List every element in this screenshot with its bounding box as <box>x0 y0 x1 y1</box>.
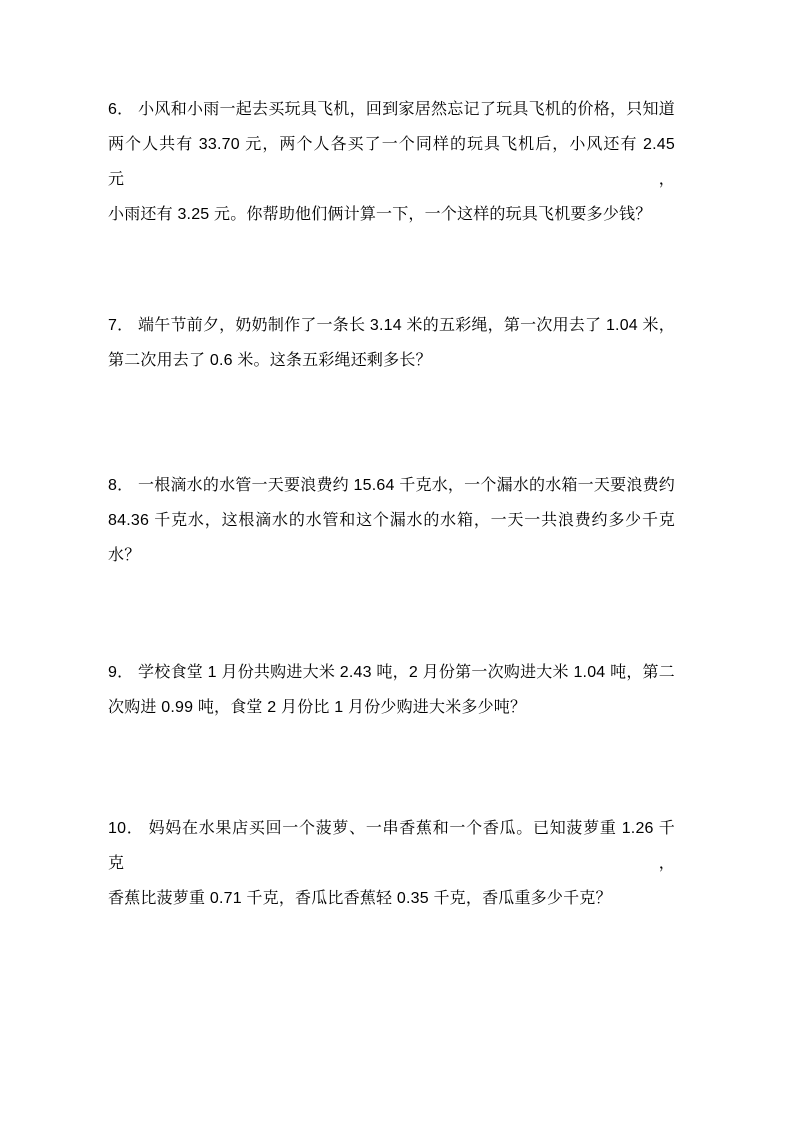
problem-10-line-2: 香蕉比菠萝重 0.71 千克，香瓜比香蕉轻 0.35 千克，香瓜重多少千克？ <box>108 881 675 916</box>
problem-9-line-2: 次购进 0.99 吨，食堂 2 月份比 1 月份少购进大米多少吨？ <box>108 690 675 725</box>
problem-7-line-2: 第二次用去了 0.6 米。这条五彩绳还剩多长？ <box>108 343 675 378</box>
problem-6-line-3: 小雨还有 3.25 元。你帮助他们俩计算一下，一个这样的玩具飞机要多少钱？ <box>108 197 675 232</box>
problem-10-line-1: 10． 妈妈在水果店买回一个菠萝、一串香蕉和一个香瓜。已知菠萝重 1.26 千克… <box>108 811 675 881</box>
problem-10: 10． 妈妈在水果店买回一个菠萝、一串香蕉和一个香瓜。已知菠萝重 1.26 千克… <box>108 811 675 916</box>
problem-7-line-1: 7． 端午节前夕，奶奶制作了一条长 3.14 米的五彩绳，第一次用去了 1.04… <box>108 308 675 343</box>
problem-6-line-2: 两个人共有 33.70 元，两个人各买了一个同样的玩具飞机后，小风还有 2.45… <box>108 127 675 197</box>
problem-8-line-2: 84.36 千克水，这根滴水的水管和这个漏水的水箱，一天一共浪费约多少千克 <box>108 503 675 538</box>
problem-9-line-1: 9． 学校食堂 1 月份共购进大米 2.43 吨，2 月份第一次购进大米 1.0… <box>108 655 675 690</box>
problem-7: 7． 端午节前夕，奶奶制作了一条长 3.14 米的五彩绳，第一次用去了 1.04… <box>108 308 675 378</box>
problem-6: 6． 小风和小雨一起去买玩具飞机，回到家居然忘记了玩具飞机的价格，只知道 两个人… <box>108 92 675 232</box>
problem-8: 8． 一根滴水的水管一天要浪费约 15.64 千克水，一个漏水的水箱一天要浪费约… <box>108 468 675 573</box>
problem-9: 9． 学校食堂 1 月份共购进大米 2.43 吨，2 月份第一次购进大米 1.0… <box>108 655 675 725</box>
problem-8-line-3: 水？ <box>108 538 675 573</box>
worksheet-page: 6． 小风和小雨一起去买玩具飞机，回到家居然忘记了玩具飞机的价格，只知道 两个人… <box>0 0 793 1122</box>
problem-8-line-1: 8． 一根滴水的水管一天要浪费约 15.64 千克水，一个漏水的水箱一天要浪费约 <box>108 468 675 503</box>
problem-6-line-1: 6． 小风和小雨一起去买玩具飞机，回到家居然忘记了玩具飞机的价格，只知道 <box>108 92 675 127</box>
